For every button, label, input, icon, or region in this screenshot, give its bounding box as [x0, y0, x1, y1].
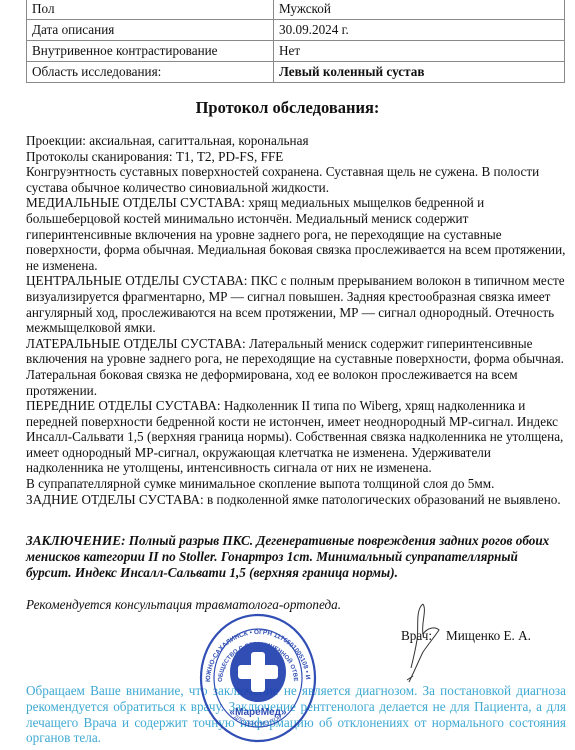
protocol-paragraph: Проекции: аксиальная, сагиттальная, коро…	[26, 133, 566, 149]
protocol-paragraph: Протоколы сканирования: T1, T2, PD-FS, F…	[26, 149, 566, 165]
recommendation: Рекомендуется консультация травматолога-…	[26, 597, 341, 613]
protocol-title: Протокол обследования:	[0, 98, 575, 118]
info-label: Дата описания	[27, 20, 274, 41]
patient-info-table: Пол Мужской Дата описания 30.09.2024 г. …	[26, 0, 565, 83]
clinic-stamp-icon: ЮЖНО-САХАЛИНСК • ОГРН 1176501005108 • ИН…	[198, 612, 318, 744]
table-row: Пол Мужской	[27, 0, 565, 20]
conclusion: ЗАКЛЮЧЕНИЕ: Полный разрыв ПКС. Дегенерат…	[26, 533, 566, 581]
info-label: Область исследования:	[27, 62, 274, 83]
table-row: Дата описания 30.09.2024 г.	[27, 20, 565, 41]
protocol-paragraph: ПЕРЕДНИЕ ОТДЕЛЫ СУСТАВА: Надколенник II …	[26, 398, 566, 476]
protocol-paragraph: ЛАТЕРАЛЬНЫЕ ОТДЕЛЫ СУСТАВА: Латеральный …	[26, 336, 566, 398]
protocol-paragraph: ЗАДНИЕ ОТДЕЛЫ СУСТАВА: в подколенной ямк…	[26, 492, 566, 508]
table-row: Внутривенное контрастирование Нет	[27, 41, 565, 62]
protocol-paragraph: МЕДИАЛЬНЫЕ ОТДЕЛЫ СУСТАВА: хрящ медиальн…	[26, 195, 566, 273]
table-row: Область исследования: Левый коленный сус…	[27, 62, 565, 83]
info-value: Нет	[274, 41, 565, 62]
info-value: Мужской	[274, 0, 565, 20]
info-label: Пол	[27, 0, 274, 20]
info-label: Внутривенное контрастирование	[27, 41, 274, 62]
protocol-body: Проекции: аксиальная, сагиттальная, коро…	[26, 133, 566, 507]
info-value: Левый коленный сустав	[274, 62, 565, 83]
doctor-name: Мищенко Е. А.	[446, 628, 531, 644]
protocol-paragraph: Конгруэнтность суставных поверхностей со…	[26, 164, 566, 195]
protocol-paragraph: В супрапателлярной сумке минимальное ско…	[26, 476, 566, 492]
protocol-paragraph: ЦЕНТРАЛЬНЫЕ ОТДЕЛЫ СУСТАВА: ПКС с полным…	[26, 273, 566, 335]
info-value: 30.09.2024 г.	[274, 20, 565, 41]
